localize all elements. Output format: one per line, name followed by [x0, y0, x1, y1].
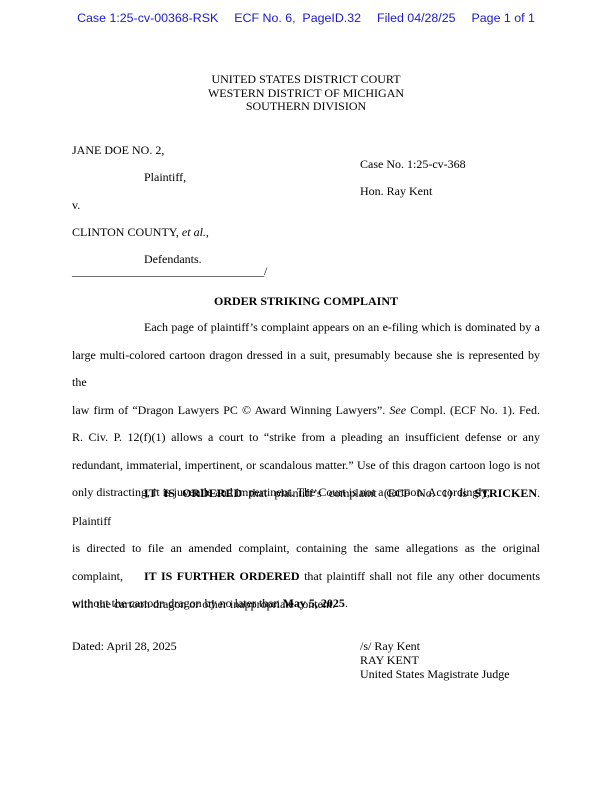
caption-rule: ________________________________/ — [72, 264, 267, 279]
order-paragraph-3: IT IS FURTHER ORDERED that plaintiff sha… — [72, 563, 540, 618]
court-district: WESTERN DISTRICT OF MICHIGAN — [0, 87, 612, 101]
order-title: ORDER STRIKING COMPLAINT — [0, 294, 612, 309]
court-division: SOUTHERN DIVISION — [0, 100, 612, 114]
plaintiff-label: Plaintiff, — [144, 170, 186, 185]
court-heading: UNITED STATES DISTRICT COURT WESTERN DIS… — [0, 73, 612, 114]
document-page: Case 1:25-cv-00368-RSKECF No. 6, PageID.… — [0, 0, 612, 792]
signature-block: /s/ Ray Kent RAY KENT United States Magi… — [360, 639, 510, 681]
ecf-number-stamp: ECF No. 6, PageID.32 — [234, 11, 361, 25]
ecf-header-stamp: Case 1:25-cv-00368-RSKECF No. 6, PageID.… — [0, 11, 612, 25]
filed-date-stamp: Filed 04/28/25 — [377, 11, 456, 25]
defendant-name: CLINTON COUNTY, et al., — [72, 225, 209, 240]
case-number: Case No. 1:25-cv-368 — [360, 157, 466, 172]
case-number-stamp: Case 1:25-cv-00368-RSK — [77, 11, 218, 25]
plaintiff-name: JANE DOE NO. 2, — [72, 143, 164, 158]
page-count-stamp: Page 1 of 1 — [472, 11, 535, 25]
judge-printed-name: RAY KENT — [360, 653, 510, 667]
versus: v. — [72, 198, 80, 213]
order-paragraph-1: Each page of plaintiff’s complaint appea… — [72, 314, 540, 507]
dated-line: Dated: April 28, 2025 — [72, 639, 177, 654]
judge-title: United States Magistrate Judge — [360, 667, 510, 681]
electronic-signature: /s/ Ray Kent — [360, 639, 510, 653]
court-name: UNITED STATES DISTRICT COURT — [0, 73, 612, 87]
judge-name: Hon. Ray Kent — [360, 184, 432, 199]
